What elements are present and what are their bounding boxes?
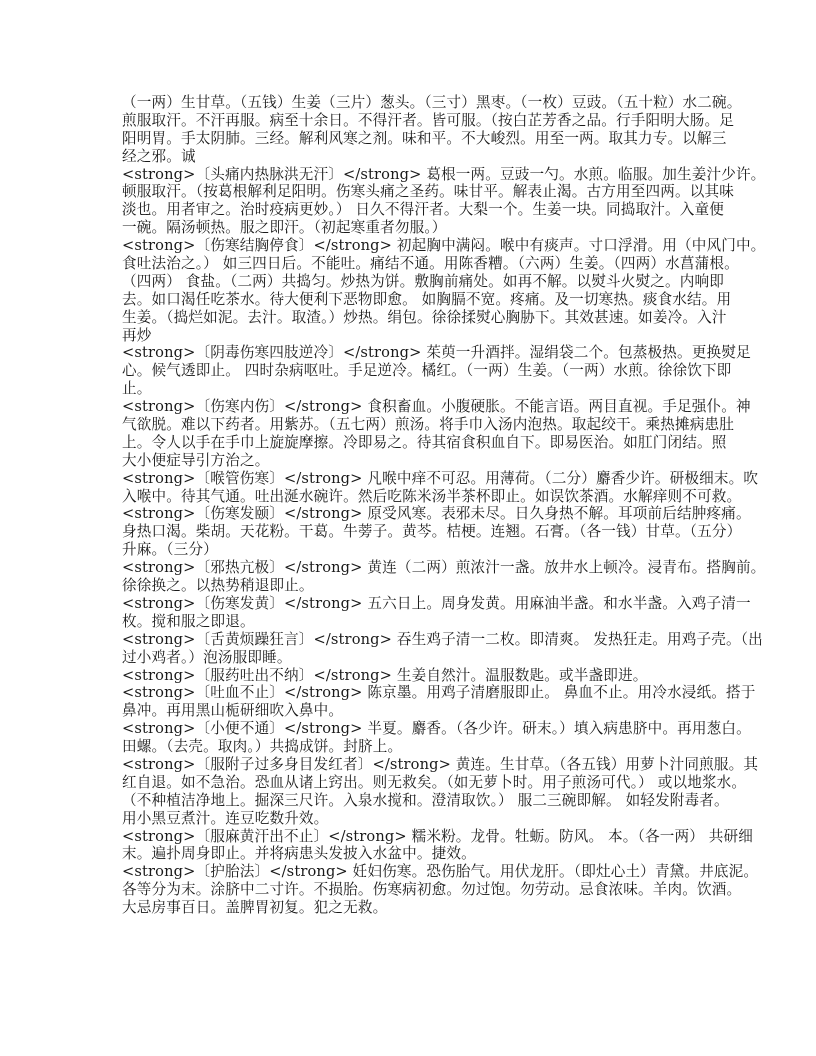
- paragraph: <strong>〔小便不通〕</strong> 半夏。麝香。（各少许。研末。）填…: [122, 720, 706, 756]
- text-line: 食吐法治之。） 如三四日后。不能吐。痛结不通。用陈香糟。（六两）生姜。（四两）水…: [122, 255, 706, 273]
- paragraph: <strong>〔护胎法〕</strong> 妊妇伤寒。恐伤胎气。用伏龙肝。（即…: [122, 863, 706, 917]
- text-line: 再炒: [122, 327, 706, 345]
- text-line: <strong>〔伤寒内伤〕</strong> 食积畜血。小腹硬胀。不能言语。两…: [122, 398, 706, 416]
- text-line: 煎服取汗。不汗再服。病至十余日。不得汗者。皆可服。（按白芷芳香之品。行手阳明大肠…: [122, 112, 706, 130]
- paragraph: （一两）生甘草。（五钱）生姜（三片）葱头。（三寸）黑枣。（一枚）豆豉。（五十粒）…: [122, 94, 706, 166]
- paragraph: <strong>〔邪热亢极〕</strong> 黄连（二两）煎浓汁一盏。放井水上…: [122, 559, 706, 595]
- text-line: <strong>〔伤寒发颐〕</strong> 原受风寒。表邪未尽。日久身热不解…: [122, 505, 706, 523]
- paragraph: <strong>〔阴毒伤寒四肢逆冷〕</strong> 茱萸一升酒拌。湿绢袋二个…: [122, 344, 706, 398]
- text-line: 鼻冲。再用黑山栀研细吹入鼻中。: [122, 702, 706, 720]
- text-line: 用小黑豆煮汁。连豆吃数升效。: [122, 810, 706, 828]
- text-line: 入喉中。待其气通。吐出涎水碗许。然后吃陈米汤半茶杯即止。如误饮茶酒。水解痒则不可…: [122, 488, 706, 506]
- text-line: 一碗。隔汤顿热。服之即汗。（初起寒重者勿服。）: [122, 219, 706, 237]
- paragraph: <strong>〔服药吐出不纳〕</strong> 生姜自然汁。温服数匙。或半盏…: [122, 667, 706, 685]
- paragraph: <strong>〔喉管伤寒〕</strong> 凡喉中痒不可忍。用薄荷。（二分）…: [122, 470, 706, 506]
- paragraph: <strong>〔服麻黄汗出不止〕</strong> 糯米粉。龙骨。牡蛎。防风。…: [122, 828, 706, 864]
- text-line: <strong>〔喉管伤寒〕</strong> 凡喉中痒不可忍。用薄荷。（二分）…: [122, 470, 706, 488]
- text-line: <strong>〔服附子过多身目发红者〕</strong> 黄连。生甘草。（各五…: [122, 756, 706, 774]
- text-line: 止。: [122, 380, 706, 398]
- text-line: <strong>〔头痛内热脉洪无汗〕</strong> 葛根一两。豆豉一勺。水煎…: [122, 166, 706, 184]
- paragraph: <strong>〔伤寒内伤〕</strong> 食积畜血。小腹硬胀。不能言语。两…: [122, 398, 706, 470]
- document-body: （一两）生甘草。（五钱）生姜（三片）葱头。（三寸）黑枣。（一枚）豆豉。（五十粒）…: [122, 94, 706, 917]
- text-line: 大小便症导引方治之。: [122, 452, 706, 470]
- text-line: （不种植洁净地上。掘深三尺许。入泉水搅和。澄清取饮。） 服二三碗即解。 如轻发附…: [122, 792, 706, 810]
- text-line: 生姜。（捣烂如泥。去汁。取渣。）炒热。绢包。徐徐揉熨心胸胁下。其效甚速。如姜冷。…: [122, 309, 706, 327]
- text-line: 经之邪。诚: [122, 148, 706, 166]
- text-line: 末。遍扑周身即止。并将病患头发披入水盆中。捷效。: [122, 845, 706, 863]
- text-line: <strong>〔阴毒伤寒四肢逆冷〕</strong> 茱萸一升酒拌。湿绢袋二个…: [122, 344, 706, 362]
- paragraph: <strong>〔伤寒发黄〕</strong> 五六日上。周身发黄。用麻油半盏。…: [122, 595, 706, 631]
- text-line: <strong>〔舌黄烦躁狂言〕</strong> 吞生鸡子清一二枚。即清爽。 …: [122, 631, 706, 649]
- text-line: <strong>〔伤寒结胸停食〕</strong> 初起胸中满闷。喉中有痰声。寸…: [122, 237, 706, 255]
- paragraph: <strong>〔伤寒发颐〕</strong> 原受风寒。表邪未尽。日久身热不解…: [122, 505, 706, 559]
- text-line: <strong>〔护胎法〕</strong> 妊妇伤寒。恐伤胎气。用伏龙肝。（即…: [122, 863, 706, 881]
- text-line: 顿服取汗。（按葛根解利足阳明。伤寒头痛之圣药。味甘平。解表止渴。古方用至四两。以…: [122, 183, 706, 201]
- text-line: 心。候气透即止。 四时杂病呕吐。手足逆冷。橘红。（一两）生姜。（一两）水煎。徐徐…: [122, 362, 706, 380]
- paragraph: <strong>〔吐血不止〕</strong> 陈京墨。用鸡子清磨服即止。 鼻血…: [122, 684, 706, 720]
- text-line: （一两）生甘草。（五钱）生姜（三片）葱头。（三寸）黑枣。（一枚）豆豉。（五十粒）…: [122, 94, 706, 112]
- text-line: 上。令人以手在手巾上旋旋摩擦。冷即易之。待其宿食积血自下。即易医治。如肛门闭结。…: [122, 434, 706, 452]
- paragraph: <strong>〔伤寒结胸停食〕</strong> 初起胸中满闷。喉中有痰声。寸…: [122, 237, 706, 344]
- text-line: 身热口渴。柴胡。天花粉。干葛。牛蒡子。黄芩。桔梗。连翘。石膏。（各一钱）甘草。（…: [122, 523, 706, 541]
- document-page: （一两）生甘草。（五钱）生姜（三片）葱头。（三寸）黑枣。（一枚）豆豉。（五十粒）…: [122, 94, 706, 917]
- text-line: 升麻。（三分）: [122, 541, 706, 559]
- text-line: <strong>〔服药吐出不纳〕</strong> 生姜自然汁。温服数匙。或半盏…: [122, 667, 706, 685]
- text-line: 去。如口渴任吃茶水。待大便利下恶物即愈。 如胸膈不宽。疼痛。及一切寒热。痰食水结…: [122, 291, 706, 309]
- text-line: 气欲脱。难以下药者。用紫苏。（五七两）煎汤。将手巾入汤内泡热。取起绞干。乘热摊病…: [122, 416, 706, 434]
- text-line: 红自退。如不急治。恐血从诸上窍出。则无救矣。（如无萝卜时。用子煎汤可代。） 或以…: [122, 774, 706, 792]
- text-line: 各等分为末。涂脐中二寸许。不损胎。伤寒病初愈。勿过饱。勿劳动。忌食浓味。羊肉。饮…: [122, 881, 706, 899]
- text-line: 大忌房事百日。盖脾胃初复。犯之无救。: [122, 899, 706, 917]
- text-line: 田螺。（去壳。取肉。）共捣成饼。封脐上。: [122, 738, 706, 756]
- paragraph: <strong>〔头痛内热脉洪无汗〕</strong> 葛根一两。豆豉一勺。水煎…: [122, 166, 706, 238]
- paragraph: <strong>〔舌黄烦躁狂言〕</strong> 吞生鸡子清一二枚。即清爽。 …: [122, 631, 706, 667]
- text-line: <strong>〔小便不通〕</strong> 半夏。麝香。（各少许。研末。）填…: [122, 720, 706, 738]
- text-line: 徐徐换之。以热势稍退即止。: [122, 577, 706, 595]
- paragraph: <strong>〔服附子过多身目发红者〕</strong> 黄连。生甘草。（各五…: [122, 756, 706, 828]
- text-line: <strong>〔邪热亢极〕</strong> 黄连（二两）煎浓汁一盏。放井水上…: [122, 559, 706, 577]
- text-line: 过小鸡者。）泡汤服即睡。: [122, 649, 706, 667]
- text-line: <strong>〔服麻黄汗出不止〕</strong> 糯米粉。龙骨。牡蛎。防风。…: [122, 828, 706, 846]
- text-line: <strong>〔吐血不止〕</strong> 陈京墨。用鸡子清磨服即止。 鼻血…: [122, 684, 706, 702]
- text-line: 淡也。用者审之。治时疫病更妙。） 日久不得汗者。大梨一个。生姜一块。同捣取汁。入…: [122, 201, 706, 219]
- text-line: （四两） 食盐。（二两）共捣匀。炒热为饼。敷胸前痛处。如再不解。以熨斗火熨之。内…: [122, 273, 706, 291]
- text-line: 枚。搅和服之即退。: [122, 613, 706, 631]
- text-line: <strong>〔伤寒发黄〕</strong> 五六日上。周身发黄。用麻油半盏。…: [122, 595, 706, 613]
- text-line: 阳明胃。手太阴肺。三经。解利风寒之剂。味和平。不大峻烈。用至一两。取其力专。以解…: [122, 130, 706, 148]
